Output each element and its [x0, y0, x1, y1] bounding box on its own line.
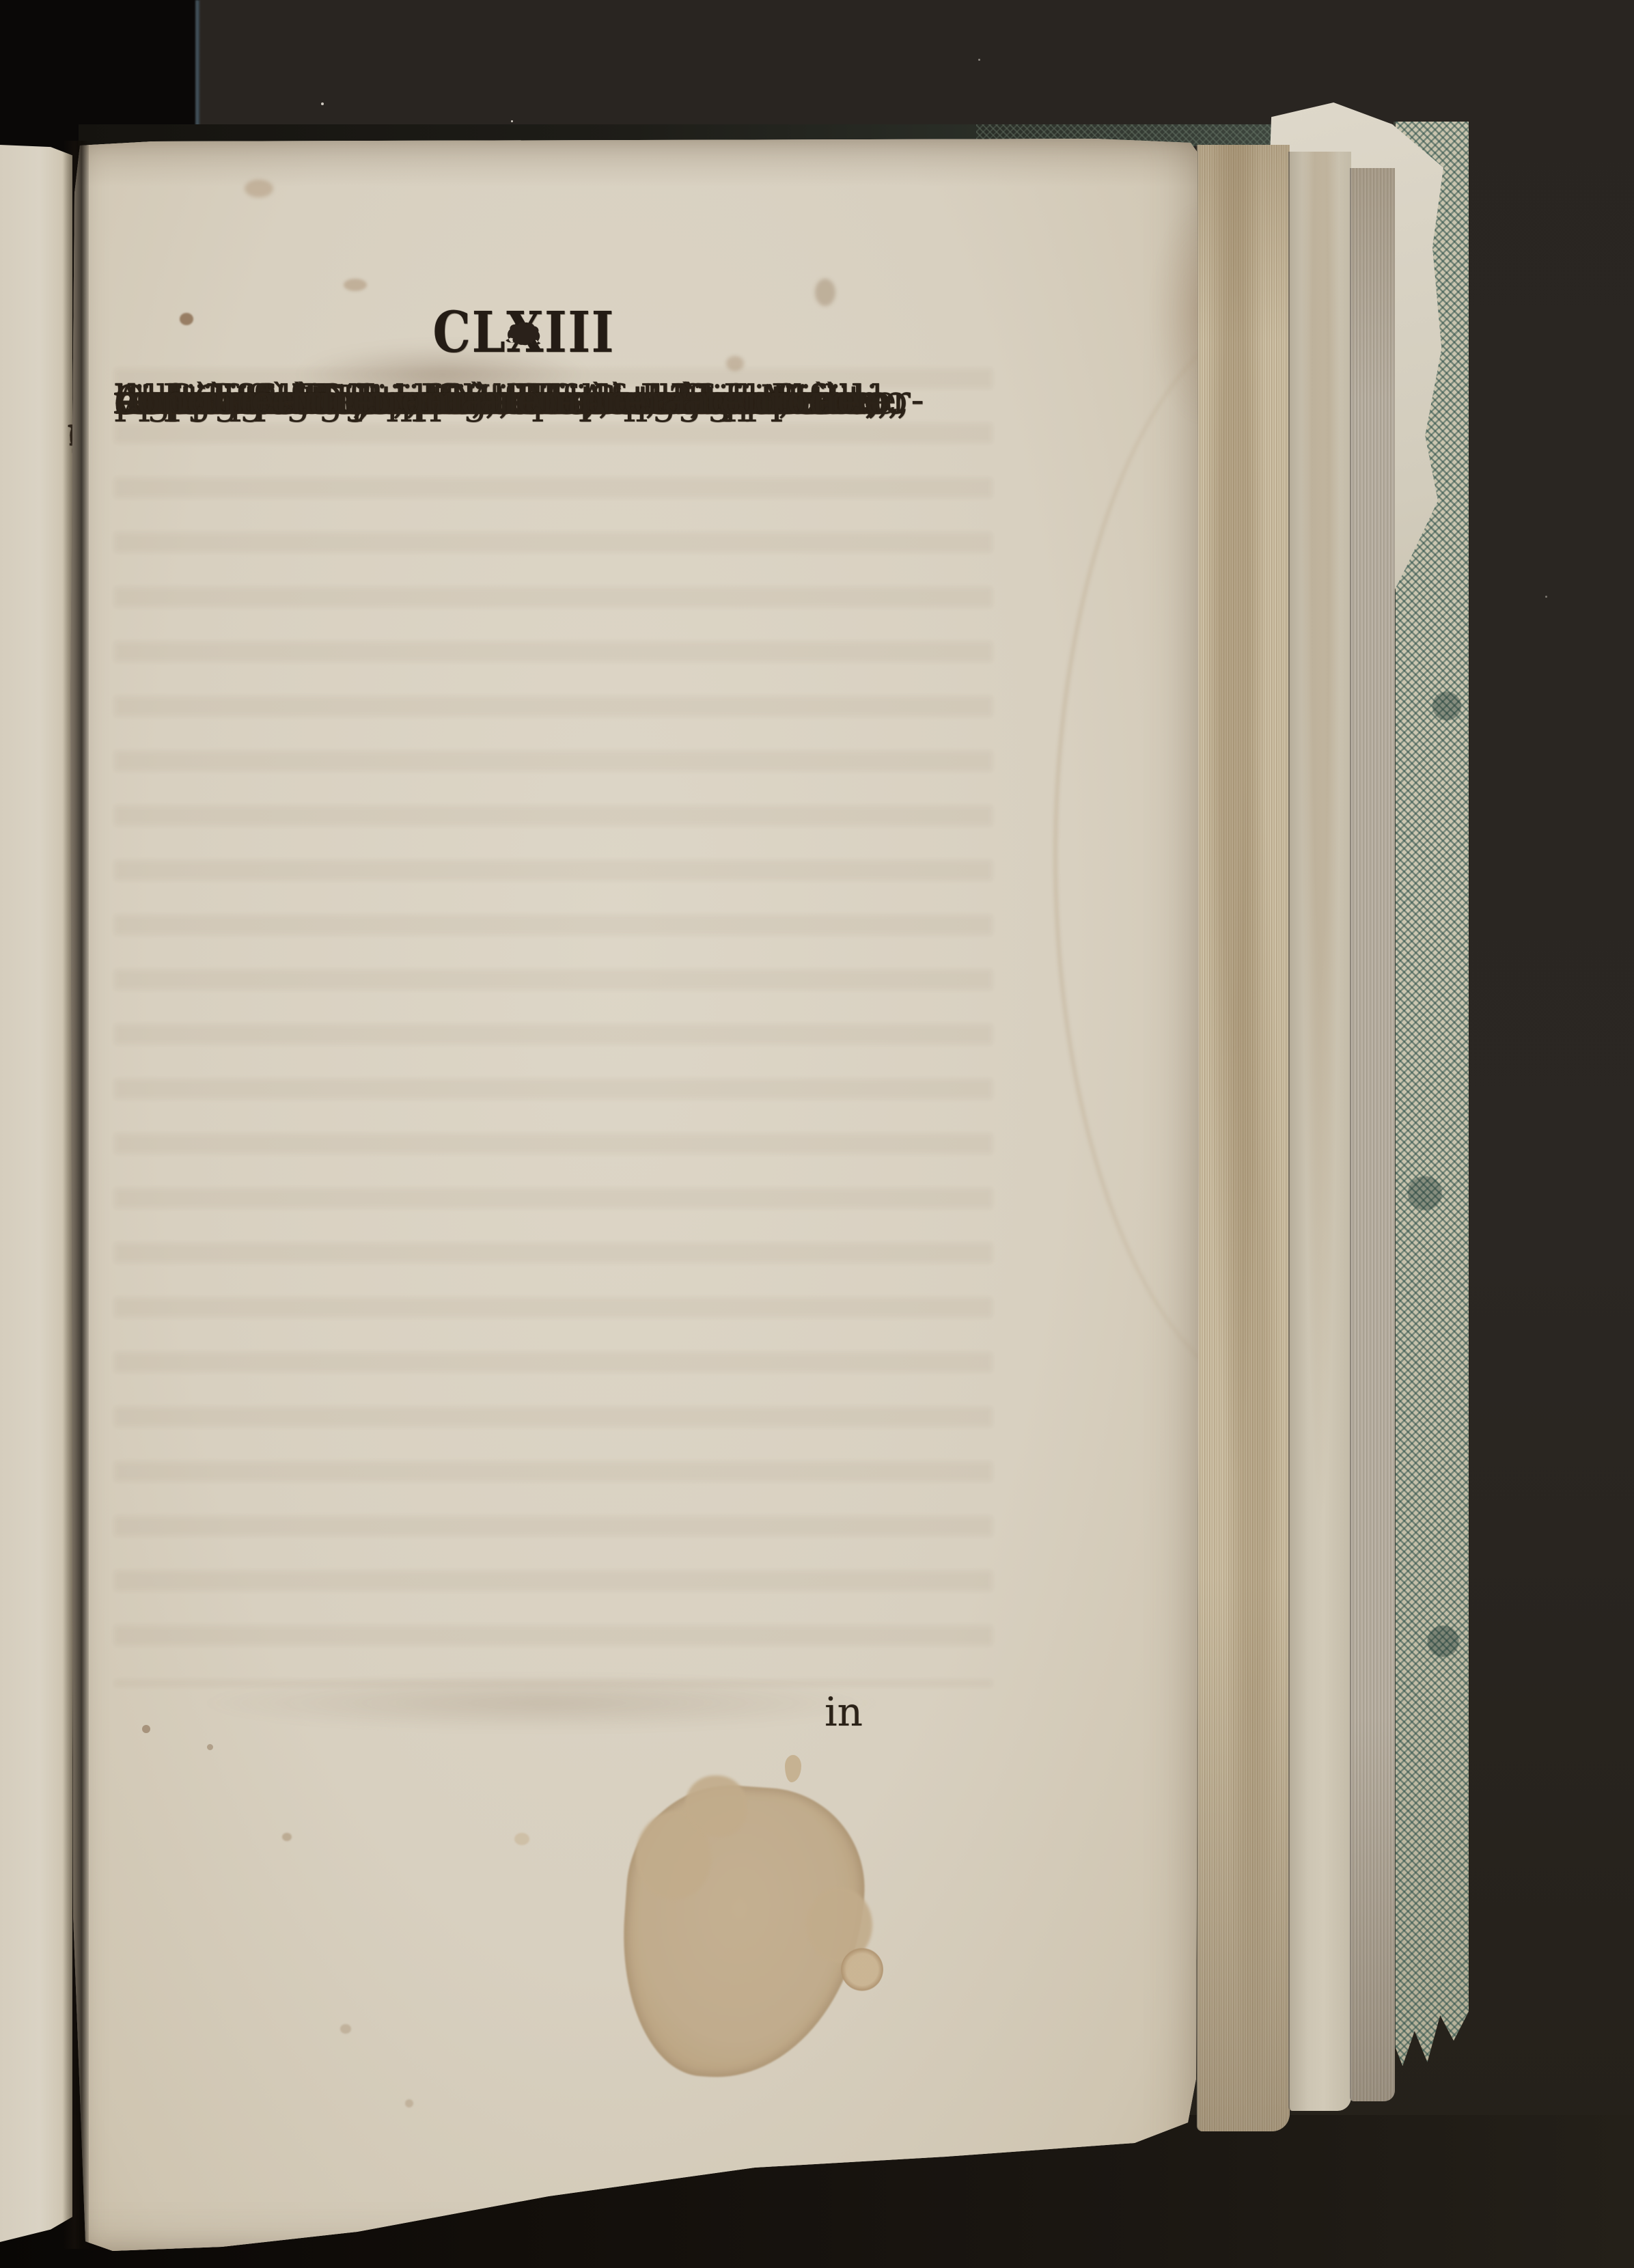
page-top-shadow	[70, 139, 1199, 186]
dust-speck	[1545, 596, 1547, 598]
foxing-spot	[142, 1725, 150, 1733]
book-scan: e gra dun- ma chele nia , nedi- ggon nch…	[0, 0, 1634, 2268]
foxing-spot	[726, 356, 744, 371]
stain-drip	[785, 1755, 801, 1782]
fore-edge-pages-back	[1350, 168, 1395, 2101]
running-head: CLXIII	[0, 300, 1088, 365]
dust-speck	[511, 120, 513, 122]
fore-edge-endpaper-layer	[1288, 152, 1351, 2111]
foxing-spot	[815, 279, 835, 306]
catchword: in	[114, 1685, 993, 1739]
ink-showthrough	[114, 368, 993, 1687]
foxing-spot	[207, 1744, 213, 1750]
fore-edge-pages	[1197, 145, 1290, 2131]
text-line: conghietture ; ma ſempre a tentone ,	[114, 372, 890, 427]
stain-droplet	[841, 1948, 883, 1991]
dust-speck	[978, 59, 980, 61]
foxing-spot	[405, 2099, 413, 2107]
main-page: CLXIII duopo maggiore v' ha , ed è appun…	[70, 139, 1199, 2251]
gutter-fold-shadow	[63, 141, 89, 2249]
fleuron-right-icon	[503, 316, 544, 349]
foxing-spot	[344, 279, 367, 291]
foxing-spot	[245, 180, 273, 197]
foxing-spot	[180, 313, 193, 325]
dust-speck	[321, 102, 324, 105]
foxing-spot	[340, 2024, 351, 2034]
ink-stain-lobe	[685, 1775, 747, 1837]
paper-flaw	[514, 1833, 529, 1845]
foxing-spot	[282, 1833, 292, 1841]
facing-page-edge-strip: e gra dun- ma chele nia , nedi- ggon nch…	[0, 145, 72, 2242]
